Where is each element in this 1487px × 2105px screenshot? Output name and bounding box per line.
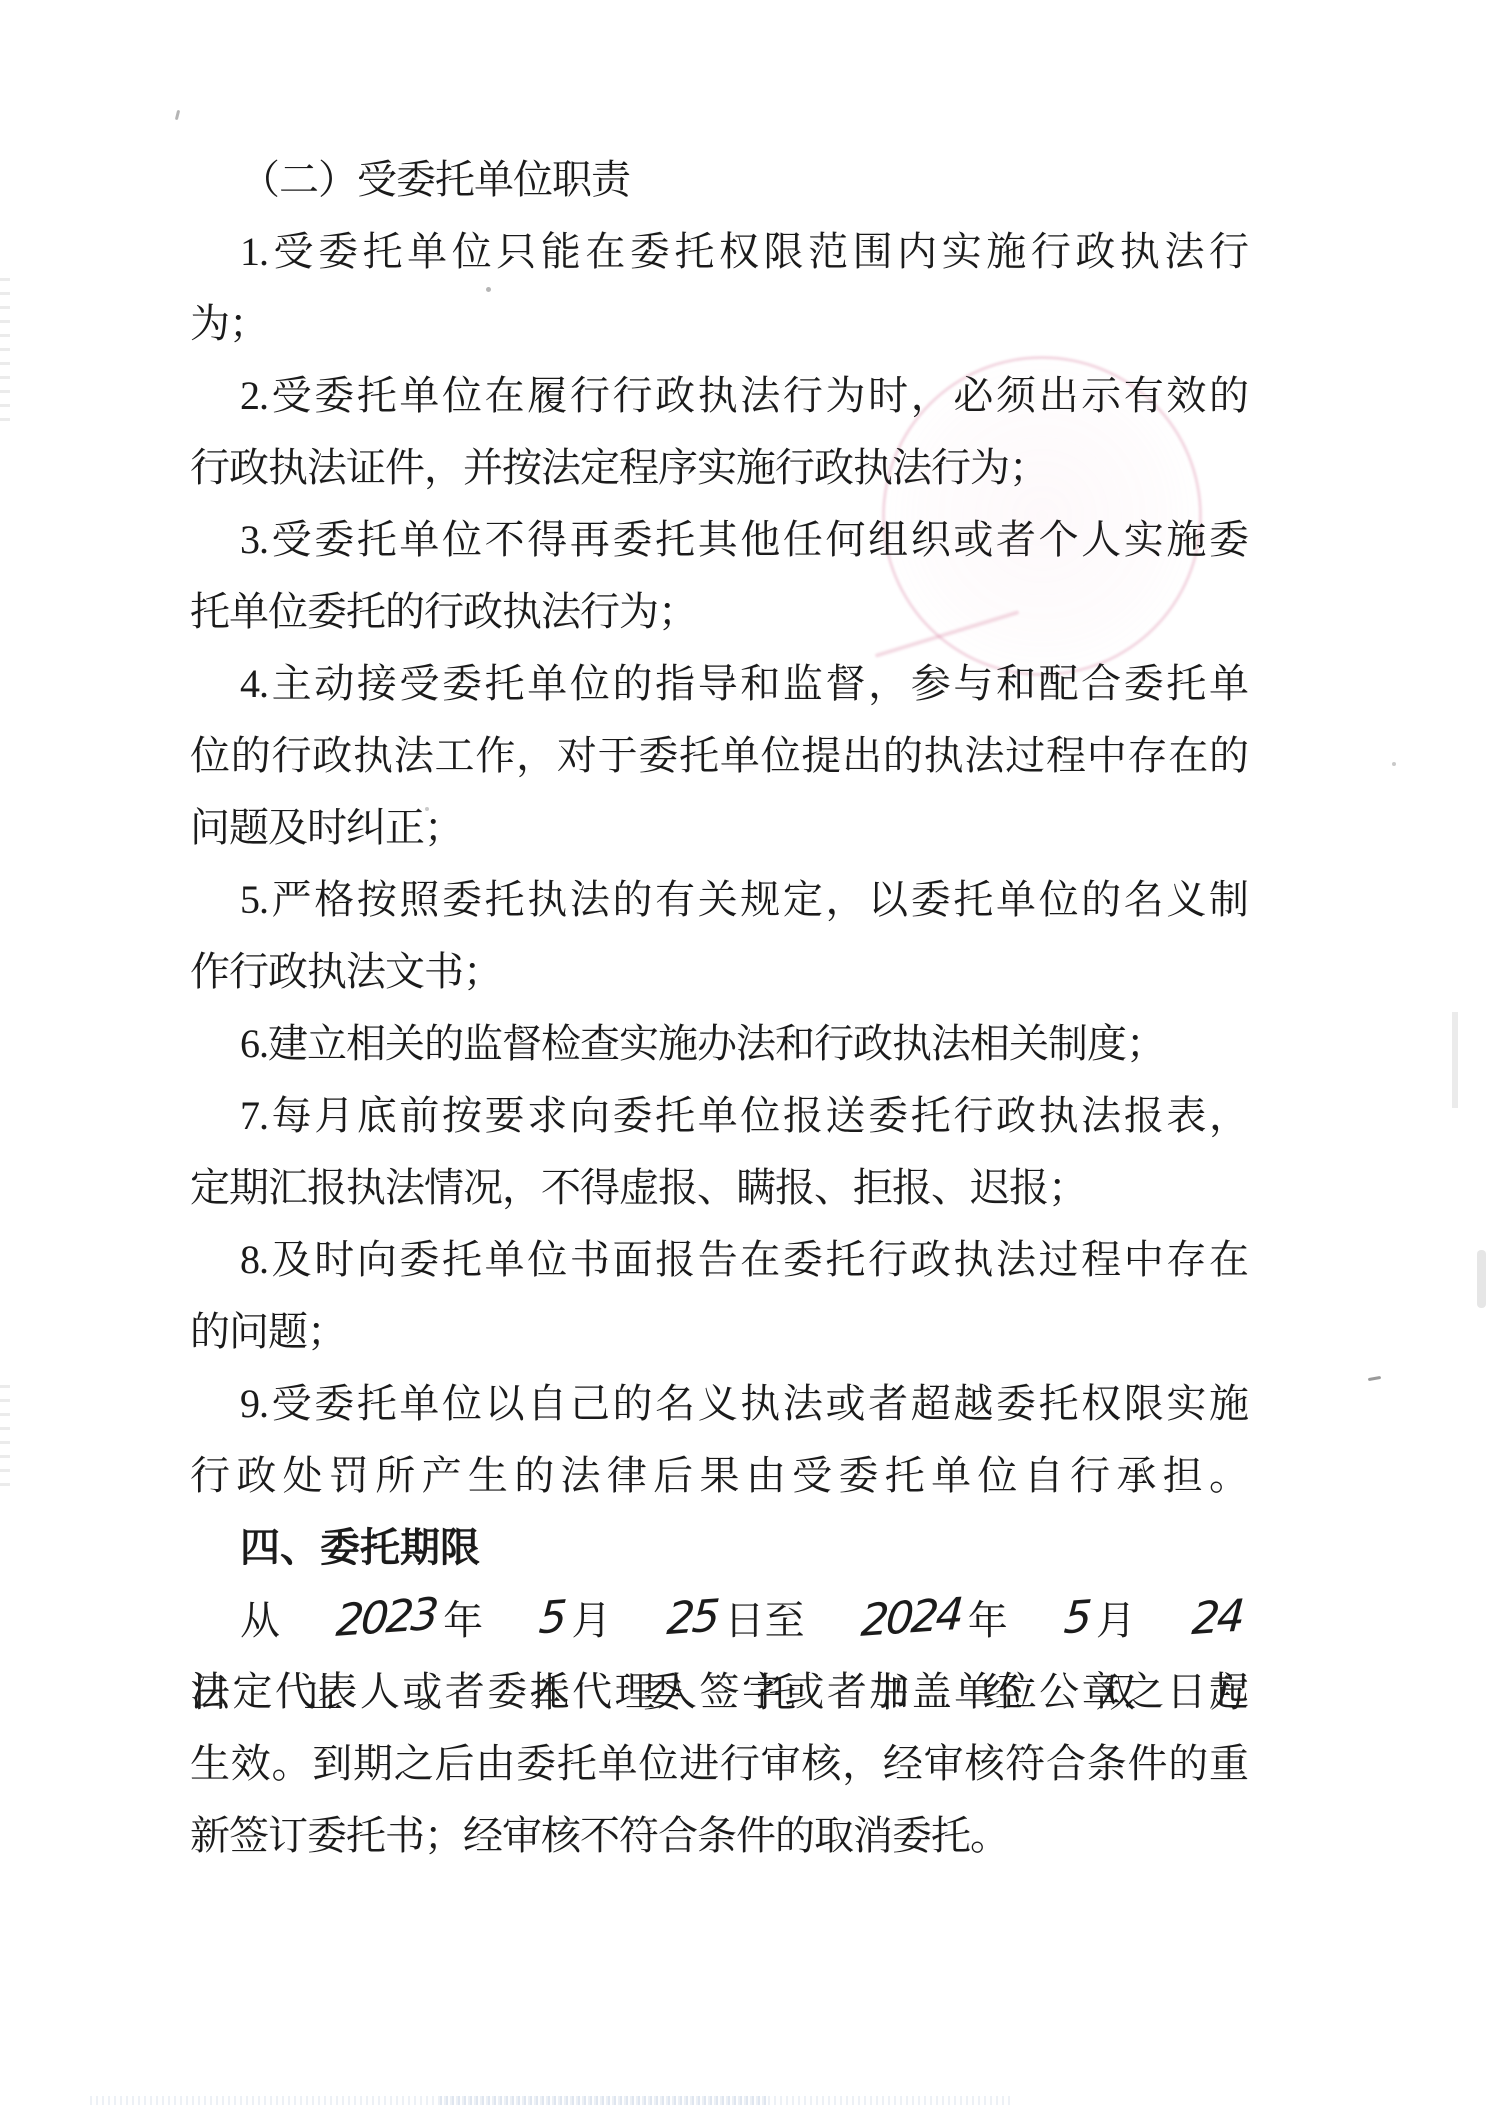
doc-line-validity-dates: 从2023年5月25日至2024年5月24日止。本委托书经双方 [190, 1584, 1248, 1656]
scanner-bottom-noise [440, 2096, 770, 2105]
scanner-smudge [1452, 1012, 1458, 1108]
section-heading-term: 四、委托期限 [190, 1512, 1248, 1584]
doc-line: 作行政执法文书； [190, 936, 1248, 1008]
scan-speck [175, 110, 180, 120]
doc-line: 的问题； [190, 1296, 1248, 1368]
scanner-edge-noise [0, 1385, 10, 1497]
printed-text: 月 [1095, 1598, 1136, 1643]
doc-line: 行政处罚所产生的法律后果由受委托单位自行承担。 [190, 1440, 1248, 1512]
doc-line: 5.严格按照委托执法的有关规定，以委托单位的名义制 [190, 864, 1248, 936]
doc-line: 新签订委托书；经审核不符合条件的取消委托。 [190, 1800, 1248, 1872]
doc-line: 为； [190, 288, 1248, 360]
scanned-document-page: （二）受委托单位职责 1.受委托单位只能在委托权限范围内实施行政执法行 为； 2… [0, 0, 1487, 2105]
scan-speck [1368, 1376, 1381, 1381]
scanner-smudge [1477, 1250, 1486, 1308]
doc-line: 4.主动接受委托单位的指导和监督，参与和配合委托单 [190, 648, 1248, 720]
handwritten-end-day: 24 [1140, 1580, 1245, 1660]
doc-line: 生效。到期之后由委托单位进行审核，经审核符合条件的重 [190, 1728, 1248, 1800]
doc-line: 8.及时向委托单位书面报告在委托行政执法过程中存在 [190, 1224, 1248, 1296]
doc-line: 2.受委托单位在履行行政执法行为时，必须出示有效的 [190, 360, 1248, 432]
handwritten-start-year: 2023 [284, 1579, 439, 1662]
printed-text: 从 [240, 1598, 280, 1643]
handwritten-end-month: 5 [1011, 1581, 1091, 1659]
doc-line: 1.受委托单位只能在委托权限范围内实施行政执法行 [190, 216, 1248, 288]
doc-line: 6.建立相关的监督检查实施办法和行政执法相关制度； [190, 1008, 1248, 1080]
printed-text: 月 [570, 1598, 611, 1643]
doc-line: 行政执法证件，并按法定程序实施行政执法行为； [190, 432, 1248, 504]
doc-line: 问题及时纠正； [190, 792, 1248, 864]
scanner-edge-noise [0, 278, 10, 428]
printed-text: 年 [967, 1598, 1008, 1643]
scan-speck [1392, 762, 1396, 766]
subsection-heading: （二）受委托单位职责 [190, 144, 1248, 216]
doc-line: 7.每月底前按要求向委托单位报送委托行政执法报表， [190, 1080, 1248, 1152]
printed-text: 日至 [723, 1598, 804, 1643]
doc-line: 3.受委托单位不得再委托其他任何组织或者个人实施委 [190, 504, 1248, 576]
handwritten-start-month: 5 [487, 1581, 567, 1659]
doc-line: 位的行政执法工作，对于委托单位提出的执法过程中存在的 [190, 720, 1248, 792]
doc-line: 定期汇报执法情况，不得虚报、瞒报、拒报、迟报； [190, 1152, 1248, 1224]
handwritten-start-day: 25 [615, 1580, 720, 1660]
doc-line: 法定代表人或者委托代理人签字或者加盖单位公章之日起 [190, 1656, 1248, 1728]
doc-line: 托单位委托的行政执法行为； [190, 576, 1248, 648]
document-body: （二）受委托单位职责 1.受委托单位只能在委托权限范围内实施行政执法行 为； 2… [190, 144, 1248, 1872]
doc-line: 9.受委托单位以自己的名义执法或者超越委托权限实施 [190, 1368, 1248, 1440]
printed-text: 年 [442, 1598, 483, 1643]
handwritten-end-year: 2024 [808, 1579, 963, 1662]
